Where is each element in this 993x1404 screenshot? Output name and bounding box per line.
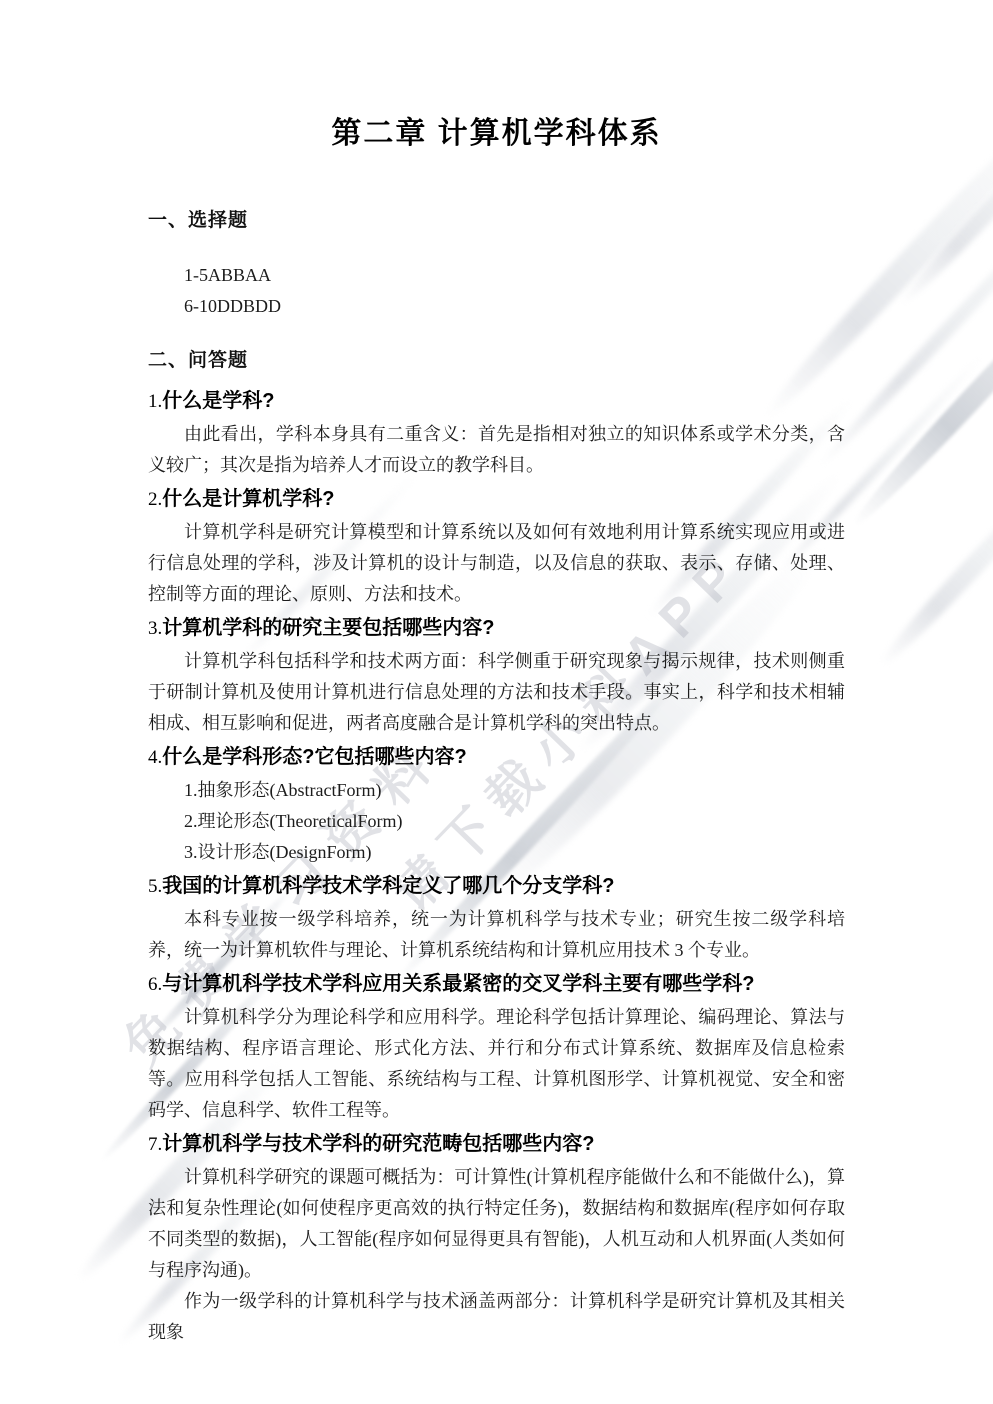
answer-list-item: 1.抽象形态(AbstractForm) [148,775,845,806]
question-number: 5. [148,876,162,897]
question-number: 2. [148,489,162,510]
question-heading: 5.我国的计算机科学技术学科定义了哪几个分支学科? [148,871,845,902]
question-heading: 6.与计算机科学技术学科应用关系最紧密的交叉学科主要有哪些学科? [148,969,845,1000]
question-number: 1. [148,391,162,412]
question-heading: 7.计算机科学与技术学科的研究范畴包括哪些内容? [148,1129,845,1160]
document-content: 第二章 计算机学科体系 一、选择题 1-5ABBAA 6-10DDBDD 二、问… [0,0,993,1348]
document-page: 免费学习资料 请下载小料APP 第二章 计算机学科体系 一、选择题 1-5ABB… [0,0,993,1404]
section-heading-choice: 一、选择题 [148,208,845,234]
question-text: 计算机学科的研究主要包括哪些内容? [162,617,494,639]
question-heading: 4.什么是学科形态?它包括哪些内容? [148,742,845,773]
answer-list-item: 3.设计形态(DesignForm) [148,837,845,868]
answer-paragraph: 作为一级学科的计算机科学与技术涵盖两部分：计算机科学是研究计算机及其相关现象 [148,1286,845,1348]
choice-answers-line: 6-10DDBDD [148,291,845,322]
question-number: 6. [148,974,162,995]
page-title: 第二章 计算机学科体系 [148,112,845,156]
choice-answers-line: 1-5ABBAA [148,260,845,291]
answer-paragraph: 由此看出，学科本身具有二重含义：首先是指相对独立的知识体系或学术分类，含义较广；… [148,419,845,481]
question-text: 计算机科学与技术学科的研究范畴包括哪些内容? [162,1133,594,1155]
section-heading-qa: 二、问答题 [148,348,845,374]
answer-paragraph: 计算机学科是研究计算模型和计算系统以及如何有效地利用计算系统实现应用或进行信息处… [148,517,845,610]
question-text: 我国的计算机科学技术学科定义了哪几个分支学科? [162,875,614,897]
question-heading: 3.计算机学科的研究主要包括哪些内容? [148,613,845,644]
question-number: 7. [148,1134,162,1155]
answer-paragraph: 计算机科学分为理论科学和应用科学。理论科学包括计算理论、编码理论、算法与数据结构… [148,1002,845,1126]
answer-paragraph: 本科专业按一级学科培养，统一为计算机科学与技术专业；研究生按二级学科培养，统一为… [148,904,845,966]
question-text: 什么是学科? [162,390,274,412]
question-text: 什么是计算机学科? [162,488,334,510]
question-heading: 1.什么是学科? [148,386,845,417]
question-text: 与计算机科学技术学科应用关系最紧密的交叉学科主要有哪些学科? [162,973,754,995]
answer-paragraph: 计算机科学研究的课题可概括为：可计算性(计算机程序能做什么和不能做什么)，算法和… [148,1162,845,1286]
question-number: 4. [148,747,162,768]
question-number: 3. [148,618,162,639]
answer-paragraph: 计算机学科包括科学和技术两方面：科学侧重于研究现象与揭示规律，技术则侧重于研制计… [148,646,845,739]
question-text: 什么是学科形态?它包括哪些内容? [162,746,466,768]
question-heading: 2.什么是计算机学科? [148,484,845,515]
answer-list-item: 2.理论形态(TheoreticalForm) [148,806,845,837]
